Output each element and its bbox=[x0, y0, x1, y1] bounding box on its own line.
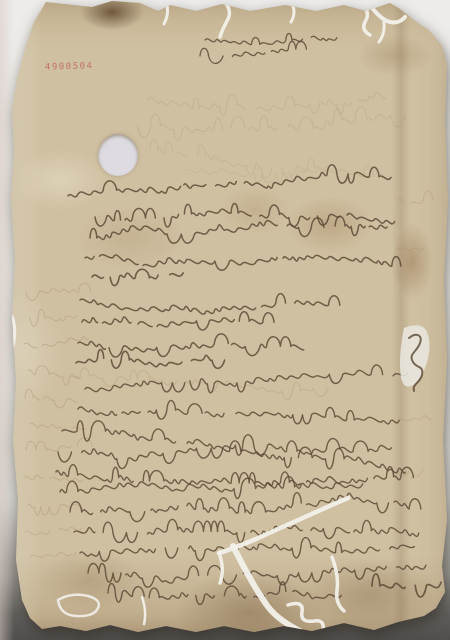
manuscript-page: 4900504 bbox=[0, 0, 450, 640]
paper-cracks bbox=[12, 1, 430, 631]
archive-stamp-number: 4900504 bbox=[45, 61, 94, 72]
worm-hole bbox=[98, 134, 138, 176]
scan-backdrop: 4900504 bbox=[0, 0, 450, 640]
handwriting-and-damage-layer bbox=[0, 0, 450, 640]
bleedthrough-handwriting bbox=[24, 93, 434, 557]
ink-handwriting bbox=[56, 33, 441, 604]
manuscript-page-shadow: 4900504 bbox=[0, 0, 450, 640]
